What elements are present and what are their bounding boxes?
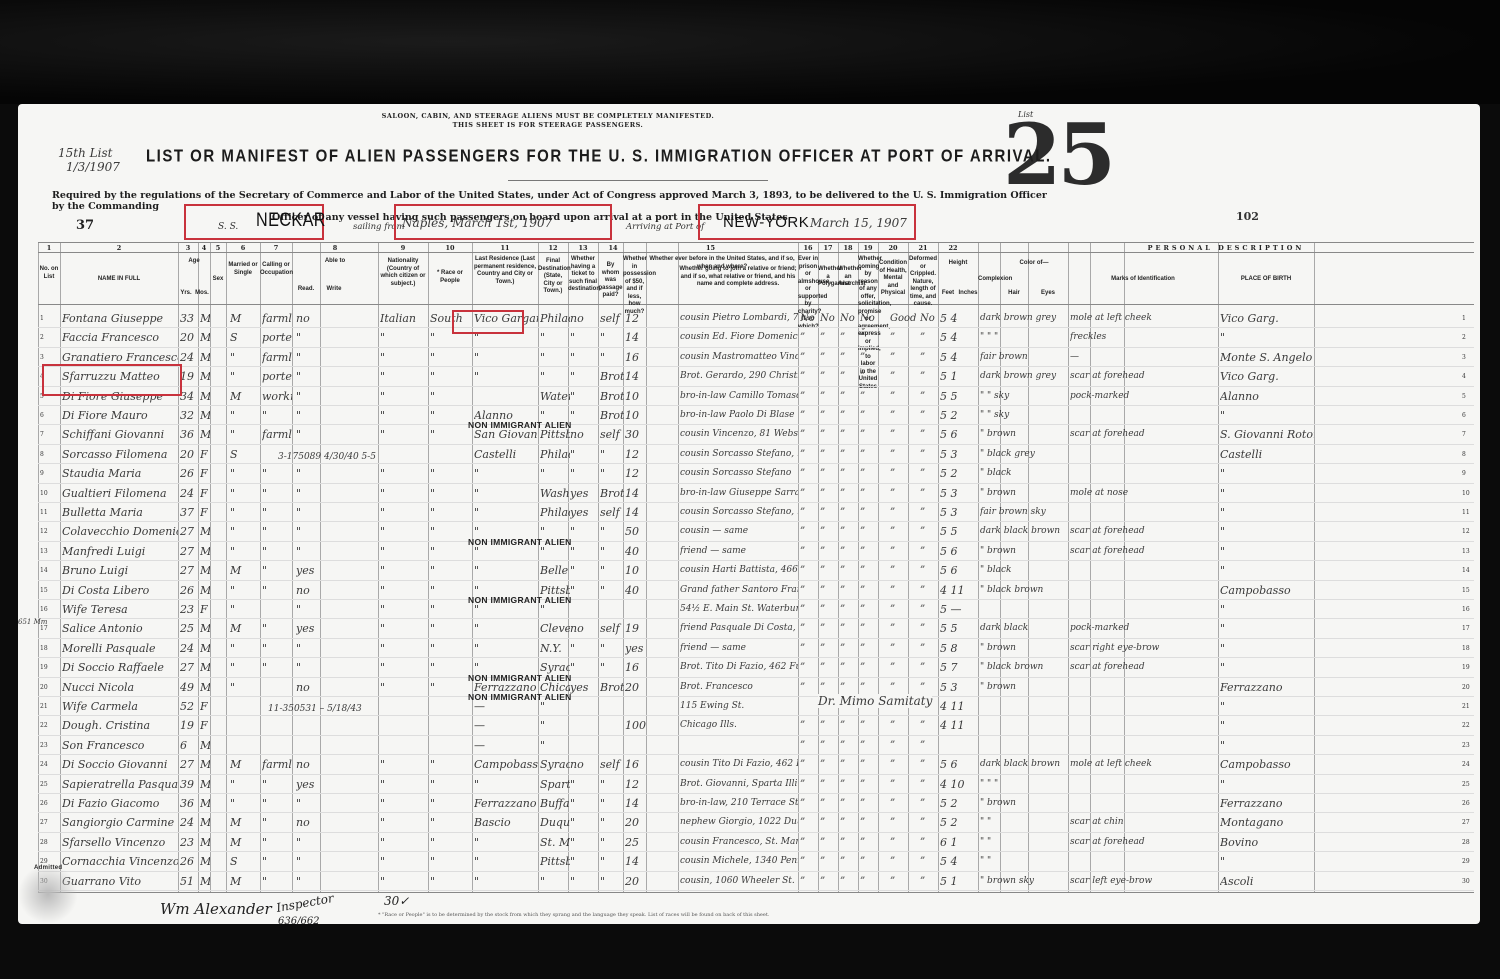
cell-health: ”: [890, 560, 895, 581]
cell-anarchist: ”: [840, 327, 845, 348]
cell-sex: M: [200, 521, 210, 542]
cell-occupation: workman: [262, 386, 292, 407]
cell-age: 33: [180, 308, 198, 329]
cell-ht: 5 5: [940, 618, 978, 639]
cell-deformed: ”: [920, 638, 925, 659]
table-row: 13Manfredi Luigi27M"""""""""40friend — s…: [38, 541, 1474, 562]
cell-relative: 115 Ewing St.: [680, 696, 798, 717]
cell-marks: mole at left cheek: [1070, 308, 1218, 329]
cell-nationality: ": [380, 483, 428, 504]
cell-prison: ”: [800, 502, 805, 523]
cell-no: 20: [40, 677, 56, 698]
cell-no: 27: [40, 812, 56, 833]
cell-occupation: ": [262, 521, 292, 542]
cell-sex: M: [200, 871, 210, 892]
cell-destination: Pittsburg: [540, 851, 570, 872]
column-number: 17: [818, 244, 838, 252]
cell-ticket: ": [570, 327, 598, 348]
cell-read: ": [296, 541, 322, 562]
cell-marks: mole at nose: [1070, 483, 1218, 504]
cell-contract: ”: [860, 560, 865, 581]
cell-status: ": [230, 483, 258, 504]
cell-read: yes: [296, 618, 322, 639]
cell-race: ": [430, 599, 472, 620]
arrival-date: March 15, 1907: [810, 216, 907, 230]
cell-paid: ": [600, 774, 624, 795]
cell-ht: 5 1: [940, 871, 978, 892]
cell-desc: dark black: [980, 618, 1068, 639]
cell-age: 27: [180, 541, 198, 562]
cell-status: S: [230, 444, 258, 465]
cell-destination: Duquesne: [540, 812, 570, 833]
cell-marks: scar at chin: [1070, 812, 1218, 833]
cell-birth: ": [1220, 327, 1314, 348]
cell-destination: ": [540, 366, 570, 387]
cell-birth: Ascoli: [1220, 871, 1314, 892]
cell-no: 14: [40, 560, 56, 581]
cell-anarchist: ”: [840, 871, 845, 892]
row-number-right: 26: [1462, 793, 1470, 814]
column-number: 13: [568, 244, 598, 252]
column-header: Nationality (Country of which citizen or…: [378, 258, 428, 288]
cell-relative: cousin Mastromatteo Vincenzo: [680, 347, 798, 368]
cell-name: Morelli Pasquale: [62, 638, 178, 659]
cell-name: Sfarsello Vincenzo: [62, 832, 178, 853]
cell-name: Di Fiore Mauro: [62, 405, 178, 426]
cell-nationality: ": [380, 618, 428, 639]
cell-money: 30: [625, 424, 647, 445]
cell-marks: freckles: [1070, 327, 1218, 348]
cell-anarchist: ”: [840, 793, 845, 814]
cell-name: Nucci Nicola: [62, 677, 178, 698]
cell-ticket: no: [570, 308, 598, 329]
cell-deformed: ”: [920, 715, 925, 736]
cell-ht: 5 6: [940, 560, 978, 581]
cell-name: Wife Carmela: [62, 696, 178, 717]
cell-polygamist: ”: [820, 735, 825, 756]
cell-read: ": [296, 347, 322, 368]
cell-sex: M: [200, 386, 210, 407]
cell-status: ": [230, 424, 258, 445]
cell-destination: ": [540, 735, 570, 756]
page-title: LIST OR MANIFEST OF ALIEN PASSENGERS FOR…: [146, 147, 1052, 167]
cell-race: ": [430, 677, 472, 698]
cell-prison: ”: [800, 366, 805, 387]
cell-polygamist: ”: [820, 366, 825, 387]
cell-money: 14: [625, 502, 647, 523]
cell-race: ": [430, 774, 472, 795]
cell-birth: ": [1220, 638, 1314, 659]
cell-anarchist: ”: [840, 638, 845, 659]
column-number: 8: [292, 244, 378, 252]
cell-nationality: ": [380, 851, 428, 872]
row-number-right: 8: [1462, 444, 1466, 465]
cell-relative: friend Pasquale Di Costa, Cleveland Ohio: [680, 618, 798, 639]
table-row: 18Morelli Pasquale24M""""""N.Y.""yesfrie…: [38, 638, 1474, 659]
column-number: 1: [38, 244, 60, 252]
cell-birth: Alanno: [1220, 386, 1314, 407]
cell-health: ”: [890, 812, 895, 833]
cell-health: ”: [890, 327, 895, 348]
cell-contract: ”: [860, 812, 865, 833]
cell-residence: ": [474, 366, 538, 387]
column-header: Whether an Anarchist: [838, 266, 858, 289]
cell-read: no: [296, 580, 322, 601]
notice-line-1: SALOON, CABIN, AND STEERAGE ALIENS MUST …: [18, 112, 1078, 121]
cell-relative: cousin Sorcasso Stefano: [680, 463, 798, 484]
cell-name: Faccia Francesco: [62, 327, 178, 348]
cell-money: 100: [625, 715, 647, 736]
cell-contract: ”: [860, 444, 865, 465]
cell-ticket: ": [570, 832, 598, 853]
column-header: Mos.: [194, 290, 210, 298]
annotation-row-8: 3-175089 4/30/40 5-5: [278, 452, 376, 462]
cell-paid: Brot-in-law: [600, 405, 624, 426]
cell-deformed: ”: [920, 851, 925, 872]
cell-age: 26: [180, 580, 198, 601]
top-notice: SALOON, CABIN, AND STEERAGE ALIENS MUST …: [18, 112, 1078, 130]
cell-occupation: ": [262, 774, 292, 795]
cell-health: ”: [890, 618, 895, 639]
column-number: 22: [938, 244, 968, 252]
cell-occupation: ": [262, 541, 292, 562]
cell-anarchist: ”: [840, 754, 845, 775]
cell-occupation: ": [262, 618, 292, 639]
cell-age: 36: [180, 793, 198, 814]
cell-birth: ": [1220, 541, 1314, 562]
cell-nationality: ": [380, 502, 428, 523]
cell-deformed: ”: [920, 541, 925, 562]
cell-money: 10: [625, 405, 647, 426]
cell-anarchist: ”: [840, 735, 845, 756]
cell-ht: 5 2: [940, 812, 978, 833]
cell-money: 16: [625, 347, 647, 368]
cell-contract: No: [860, 308, 875, 329]
cell-paid: ": [600, 793, 624, 814]
cell-name: Guarrano Vito: [62, 871, 178, 892]
column-number: 10: [428, 244, 472, 252]
row-number-right: 3: [1462, 347, 1466, 368]
cell-polygamist: ”: [820, 347, 825, 368]
cell-deformed: No: [920, 308, 935, 329]
cell-sex: M: [200, 405, 210, 426]
cell-contract: ”: [860, 366, 865, 387]
cell-sex: M: [200, 851, 210, 872]
cell-nationality: ": [380, 871, 428, 892]
cell-status: ": [230, 580, 258, 601]
cell-residence: ": [474, 851, 538, 872]
cell-contract: ”: [860, 657, 865, 678]
cell-polygamist: ”: [820, 405, 825, 426]
row-rule: [38, 252, 1474, 253]
cell-money: 14: [625, 366, 647, 387]
cell-desc: fair brown: [980, 347, 1068, 368]
cell-health: ”: [890, 541, 895, 562]
cell-read: ": [296, 851, 322, 872]
cell-destination: Syracuse: [540, 754, 570, 775]
column-number: 4: [198, 244, 210, 252]
column-header: Hair: [1000, 290, 1028, 298]
cell-birth: ": [1220, 405, 1314, 426]
cell-sex: F: [200, 463, 210, 484]
column-number: 21: [908, 244, 938, 252]
cell-occupation: ": [262, 405, 292, 426]
cell-age: 24: [180, 638, 198, 659]
cell-polygamist: ”: [820, 521, 825, 542]
cell-money: 12: [625, 308, 647, 329]
cell-prison: ”: [800, 386, 805, 407]
cell-paid: ": [600, 560, 624, 581]
cell-age: 34: [180, 386, 198, 407]
cell-read: ": [296, 502, 322, 523]
table-row: 15Di Costa Libero26M""no"""Pittsburg""40…: [38, 580, 1474, 601]
table-row: 27Sangiorgio Carmine24MM"no""BascioDuque…: [38, 812, 1474, 833]
cell-status: ": [230, 774, 258, 795]
cell-contract: ”: [860, 793, 865, 814]
cell-sex: M: [200, 793, 210, 814]
cell-status: M: [230, 871, 258, 892]
cell-age: 23: [180, 599, 198, 620]
table-row: 7Schiffani Giovanni36M"farmlab."""San Gi…: [38, 424, 1474, 445]
cell-race: ": [430, 560, 472, 581]
cell-paid: ": [600, 812, 624, 833]
cell-read: ": [296, 327, 322, 348]
cell-money: 20: [625, 812, 647, 833]
cell-sex: M: [200, 618, 210, 639]
cell-money: 14: [625, 483, 647, 504]
cell-relative: cousin Harti Battista, 466 Belle Vernon …: [680, 560, 798, 581]
cell-no: 28: [40, 832, 56, 853]
cell-contract: ”: [860, 851, 865, 872]
cell-read: ": [296, 366, 322, 387]
cell-sex: M: [200, 366, 210, 387]
table-row: 16Wife Teresa23F""""""54½ E. Main St. Wa…: [38, 599, 1474, 620]
residence-highlight: [452, 310, 524, 334]
cell-prison: ”: [800, 327, 805, 348]
cell-health: ”: [890, 463, 895, 484]
cell-no: 18: [40, 638, 56, 659]
cell-birth: Castelli: [1220, 444, 1314, 465]
cell-race: ": [430, 521, 472, 542]
cell-prison: ”: [800, 599, 805, 620]
cell-ticket: ": [570, 638, 598, 659]
inspector-signature: Wm Alexander: [160, 900, 272, 918]
cell-status: ": [230, 677, 258, 698]
cell-nationality: ": [380, 754, 428, 775]
cell-ht: 5 —: [940, 599, 978, 620]
cell-anarchist: ”: [840, 483, 845, 504]
cell-nationality: ": [380, 386, 428, 407]
cell-age: 27: [180, 754, 198, 775]
cell-race: ": [430, 386, 472, 407]
cell-anarchist: ”: [840, 851, 845, 872]
table-row: 6Di Fiore Mauro32M"""""Alanno""Brot-in-l…: [38, 405, 1474, 426]
cell-money: 10: [625, 386, 647, 407]
cell-nationality: ": [380, 366, 428, 387]
cell-occupation: ": [262, 851, 292, 872]
table-row: 23Son Francesco6M—""””””””23: [38, 735, 1474, 756]
cell-occupation: farmlab.: [262, 754, 292, 775]
cell-occupation: ": [262, 657, 292, 678]
column-number: 16: [798, 244, 818, 252]
cell-anarchist: ”: [840, 463, 845, 484]
cell-relative: Brot. Tito Di Fazio, 462 Fulton St. Syra…: [680, 657, 798, 678]
cell-sex: M: [200, 735, 210, 756]
cell-deformed: ”: [920, 832, 925, 853]
cell-birth: S. Giovanni Rotondo: [1220, 424, 1314, 445]
cell-no: 6: [40, 405, 56, 426]
cell-ht: 5 3: [940, 483, 978, 504]
cell-health: ”: [890, 580, 895, 601]
cell-deformed: ”: [920, 424, 925, 445]
cell-anarchist: ”: [840, 521, 845, 542]
cell-anarchist: ”: [840, 580, 845, 601]
cell-paid: ": [600, 580, 624, 601]
manifest-sheet: SALOON, CABIN, AND STEERAGE ALIENS MUST …: [18, 104, 1480, 924]
cell-no: 24: [40, 754, 56, 775]
cell-health: ”: [890, 502, 895, 523]
cell-marks: pock-marked: [1070, 386, 1218, 407]
cell-no: 12: [40, 521, 56, 542]
cell-age: 51: [180, 871, 198, 892]
column-header: Whether a Polygamist: [818, 266, 838, 289]
cell-desc: " brown: [980, 638, 1068, 659]
sailing-from-value: Naples, March 1st, 1907: [402, 216, 552, 230]
column-header: No. on List: [38, 266, 60, 281]
row-number-right: 4: [1462, 366, 1466, 387]
cell-money: 12: [625, 463, 647, 484]
cell-paid: ": [600, 444, 624, 465]
cell-ht: 5 6: [940, 424, 978, 445]
cell-race: ": [430, 871, 472, 892]
cell-ticket: ": [570, 793, 598, 814]
column-number: 12: [538, 244, 568, 252]
cell-occupation: ": [262, 812, 292, 833]
cell-health: ”: [890, 735, 895, 756]
cell-marks: scar at forehead: [1070, 366, 1218, 387]
cell-prison: ”: [800, 832, 805, 853]
row-number-right: 11: [1462, 502, 1470, 523]
cell-destination: ": [540, 463, 570, 484]
cell-prison: ”: [800, 754, 805, 775]
cell-health: ”: [890, 657, 895, 678]
cell-sex: M: [200, 560, 210, 581]
cell-race: ": [430, 832, 472, 853]
cell-birth: Monte S. Angelo: [1220, 347, 1314, 368]
cell-contract: ”: [860, 386, 865, 407]
cell-sex: M: [200, 832, 210, 853]
ship-name: NECKAR: [256, 210, 326, 232]
cell-ht: 5 4: [940, 308, 978, 329]
cell-status: ": [230, 366, 258, 387]
cell-birth: Vico Garg.: [1220, 308, 1314, 329]
cell-nationality: ": [380, 560, 428, 581]
cell-ticket: ": [570, 541, 598, 562]
cell-age: 37: [180, 502, 198, 523]
cell-nationality: ": [380, 405, 428, 426]
cell-sex: M: [200, 812, 210, 833]
cell-ht: 5 5: [940, 386, 978, 407]
cell-relative: cousin Tito Di Fazio, 462 Fulton St. Syr…: [680, 754, 798, 775]
cell-no: 19: [40, 657, 56, 678]
column-number: 9: [378, 244, 428, 252]
cell-anarchist: ”: [840, 832, 845, 853]
cell-ht: 5 2: [940, 793, 978, 814]
column-number: 3: [178, 244, 198, 252]
cell-sex: F: [200, 444, 210, 465]
cell-name: Sapieratrella Pasquale: [62, 774, 178, 795]
cell-anarchist: ”: [840, 366, 845, 387]
cell-health: ”: [890, 793, 895, 814]
row-number-right: 30: [1462, 871, 1470, 892]
note-line-2: 1/3/1907: [58, 160, 120, 174]
cell-prison: ”: [800, 715, 805, 736]
cell-money: yes: [625, 638, 647, 659]
cell-status: M: [230, 618, 258, 639]
cell-relative: cousin Pietro Lombardi, 743 S. 8th St. P…: [680, 308, 798, 329]
cell-sex: M: [200, 638, 210, 659]
cell-destination: Philadelphia: [540, 502, 570, 523]
cell-deformed: ”: [920, 444, 925, 465]
cell-residence: ": [474, 560, 538, 581]
cell-polygamist: ”: [820, 754, 825, 775]
cell-read: ": [296, 832, 322, 853]
cell-anarchist: ”: [840, 502, 845, 523]
cell-status: ": [230, 657, 258, 678]
column-header: Whether in possession of $50, and if les…: [623, 256, 646, 316]
check-mark: 30✓: [384, 894, 409, 908]
cell-destination: Waterbury: [540, 386, 570, 407]
cell-residence: ": [474, 483, 538, 504]
cell-occupation: ": [262, 580, 292, 601]
cell-health: ”: [890, 444, 895, 465]
cell-destination: N.Y.: [540, 638, 570, 659]
column-header: Condition of Health, Mental and Physical: [878, 260, 908, 298]
margin-note: 651 Mm: [18, 618, 47, 626]
cell-paid: ": [600, 832, 624, 853]
cell-occupation: porter: [262, 327, 292, 348]
cell-health: ”: [890, 347, 895, 368]
cell-read: ": [296, 638, 322, 659]
cell-prison: ”: [800, 424, 805, 445]
table-row: 17Salice Antonio25MM"yes"""Clevelandnose…: [38, 618, 1474, 639]
cell-deformed: ”: [920, 327, 925, 348]
column-header: Deformed or Crippled. Nature, length of …: [908, 256, 938, 309]
cell-destination: ": [540, 347, 570, 368]
cell-age: 27: [180, 521, 198, 542]
cell-desc: " " ": [980, 774, 1068, 795]
cell-paid: ": [600, 327, 624, 348]
cell-paid: Brot-in-law: [600, 483, 624, 504]
cell-marks: scar at forehead: [1070, 832, 1218, 853]
cell-residence: Castelli: [474, 444, 538, 465]
cell-birth: ": [1220, 657, 1314, 678]
cell-age: 24: [180, 347, 198, 368]
cell-nationality: ": [380, 657, 428, 678]
cell-contract: ”: [860, 327, 865, 348]
column-header: Height: [938, 260, 978, 268]
cell-health: ”: [890, 871, 895, 892]
row-number-right: 17: [1462, 618, 1470, 639]
row-number-right: 14: [1462, 560, 1470, 581]
cell-status: S: [230, 851, 258, 872]
non-immigrant-stamp: NON IMMIGRANT ALIEN: [468, 420, 572, 430]
cell-residence: ": [474, 774, 538, 795]
cell-deformed: ”: [920, 366, 925, 387]
cell-marks: scar at forehead: [1070, 521, 1218, 542]
cell-status: M: [230, 832, 258, 853]
cell-nationality: ": [380, 793, 428, 814]
